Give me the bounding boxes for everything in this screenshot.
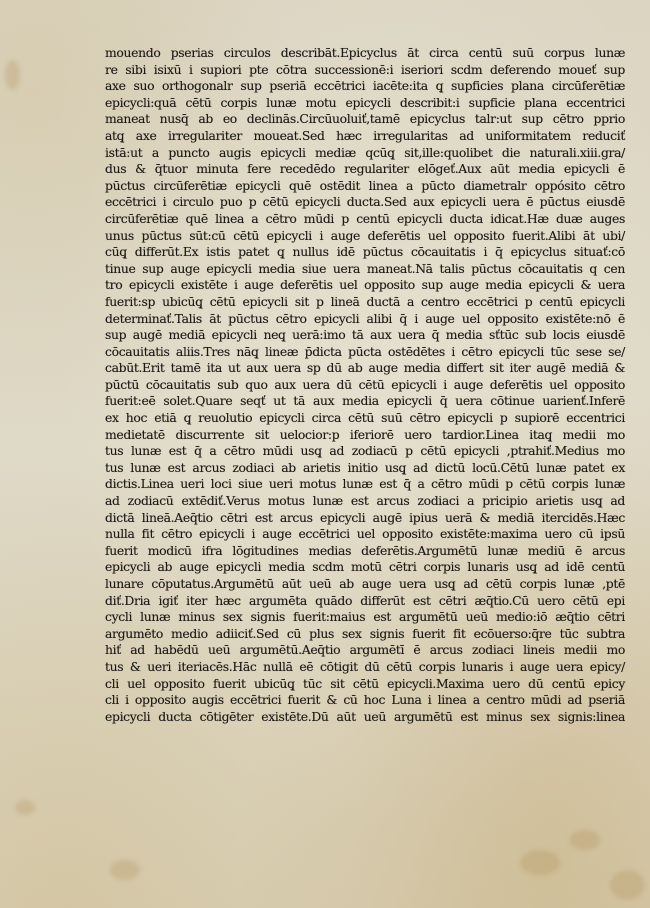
body-text: mouendo pserias circulos describāt.Epicy… [105, 45, 625, 725]
foxing-stain [5, 60, 20, 90]
text-line: pūctū cōcauitatis sub quo aux uera dū cē… [105, 377, 625, 394]
text-line: fuerit modicū ifra lōgitudines medias de… [105, 543, 625, 560]
text-line: tinue sup auge epicycli media siue uera … [105, 261, 625, 278]
text-line: dus & q̄tuor minuta fere recedēdo regula… [105, 161, 625, 178]
text-line: unus pūctus sūt:cū cētū epicycli i auge … [105, 228, 625, 245]
text-line: epicycli:quā cētū corpis lunæ motu epicy… [105, 95, 625, 112]
text-line: nulla fit cētro epicycli i auge eccētric… [105, 526, 625, 543]
text-line: mouendo pserias circulos describāt.Epicy… [105, 45, 625, 62]
text-line: maneat nusq̄ ab eo declinās.Circūuoluiť,… [105, 111, 625, 128]
text-line: cōcauitatis aliis.Tres nāq̧ lineæ p̄dict… [105, 344, 625, 361]
text-line: cli uel opposito fuerit ubicūq̧ tūc sit … [105, 676, 625, 693]
text-line: dictis.Linea ueri loci siue ueri motus l… [105, 476, 625, 493]
text-line: epicycli ab auge epicycli media scdm mot… [105, 559, 625, 576]
foxing-stain [570, 830, 600, 850]
text-line: re sibi isixū i supiori pte cōtra succes… [105, 62, 625, 79]
text-line: ex hoc etiā q̧ reuolutio epicycli circa … [105, 410, 625, 427]
text-line: ad zodiacū extēdiť.Verus motus lunæ est … [105, 493, 625, 510]
foxing-stain [110, 860, 140, 880]
text-line: hiť ad habēdū ueū argumētū.Aeq̄tio argum… [105, 642, 625, 659]
text-line: fuerit:eē solet.Quare seqť ut tā aux med… [105, 393, 625, 410]
text-line: atq̧ axe irregulariter moueat.Sed hæc ir… [105, 128, 625, 145]
text-line: lunare cōputatus.Argumētū aūt ueū ab aug… [105, 576, 625, 593]
text-line: cabūt.Erit tamē ita ut aux uera sp dū ab… [105, 360, 625, 377]
manuscript-page: mouendo pserias circulos describāt.Epicy… [0, 0, 650, 908]
text-line: cycli lunæ minus sex signis fuerit:maius… [105, 609, 625, 626]
text-line: istā:ut a puncto augis epicycli mediæ qc… [105, 145, 625, 162]
text-line: tus lunæ est q̄ a cētro mūdi usq̧ ad zod… [105, 443, 625, 460]
text-line: axe suo orthogonalr sup pseriā eccētrici… [105, 78, 625, 95]
text-line: determinať.Talis āt pūctus cētro epicycl… [105, 311, 625, 328]
text-line: fuerit:sp ubicūq̧ cētū epicycli sit p li… [105, 294, 625, 311]
text-line: sup augē mediā epicycli neq̧ uerā:imo tā… [105, 327, 625, 344]
text-line: tus & ueri iteriacēs.Hāc nullā eē cōtigi… [105, 659, 625, 676]
text-line: pūctus circūferētiæ epicycli quē ostēdit… [105, 178, 625, 195]
text-line: medietatē discurrente sit uelocior:p ife… [105, 427, 625, 444]
text-line: diť.Dria igiť iter hæc argumēta quādo di… [105, 593, 625, 610]
text-line: tro epicycli existēte i auge deferētis u… [105, 277, 625, 294]
text-line: eccētrici i circulo puo p cētū epicycli … [105, 194, 625, 211]
text-line: cli i opposito augis eccētrici fuerit & … [105, 692, 625, 709]
text-line: argumēto medio adiiciť.Sed cū plus sex s… [105, 626, 625, 643]
foxing-stain [520, 850, 560, 875]
text-line: cūq̧ differūt.Ex istis patet q̧ nullus i… [105, 244, 625, 261]
text-line: tus lunæ est arcus zodiaci ab arietis in… [105, 460, 625, 477]
foxing-stain [610, 870, 645, 900]
text-line: circūferētiæ quē linea a cētro mūdi p ce… [105, 211, 625, 228]
text-line: epicycli ducta cōtigēter existēte.Dū aūt… [105, 709, 625, 726]
text-line: dictā lineā.Aeq̄tio cētri est arcus epic… [105, 510, 625, 527]
foxing-stain [15, 800, 35, 815]
